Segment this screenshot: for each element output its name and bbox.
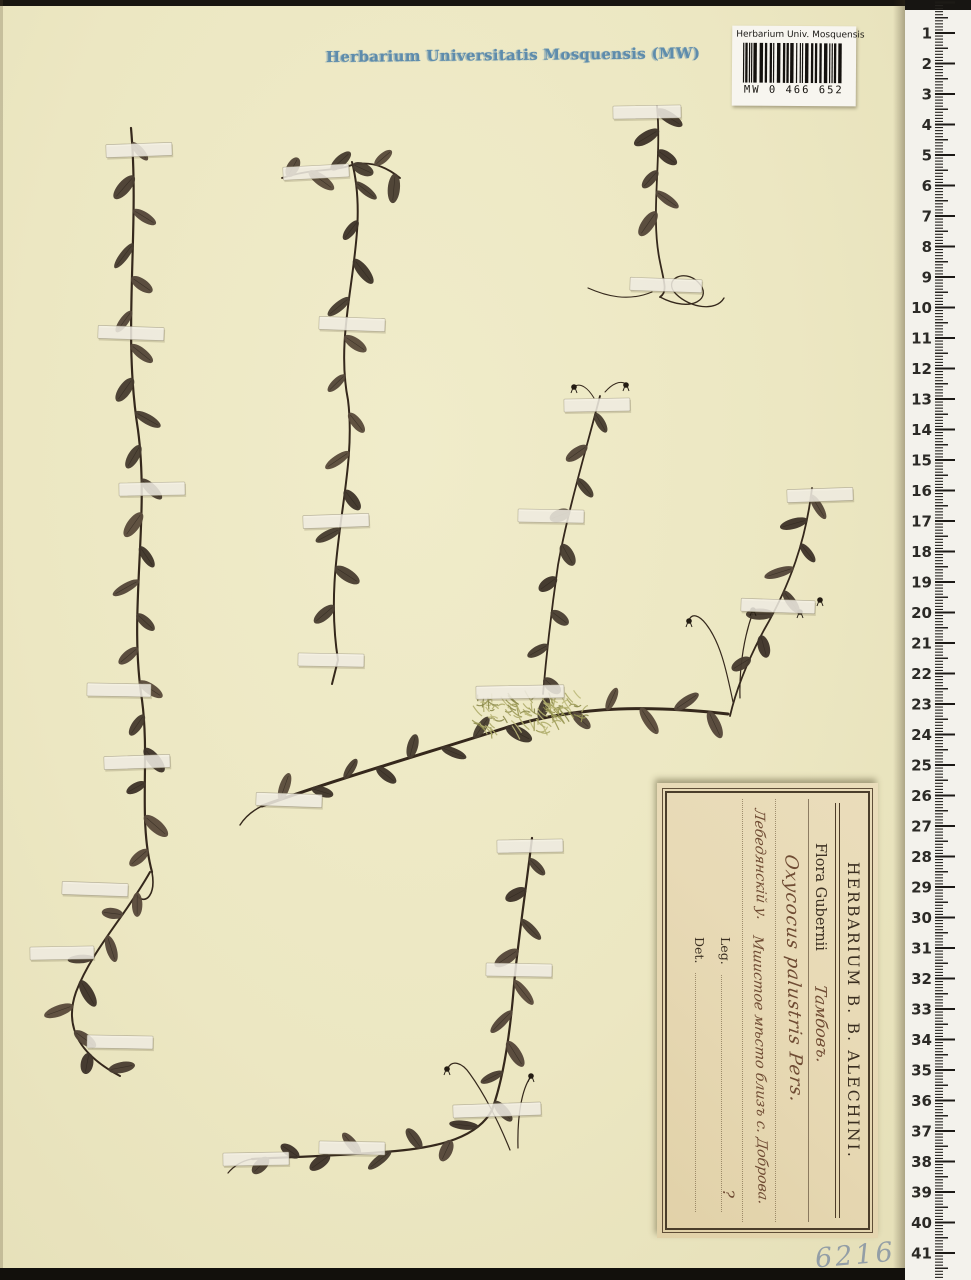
- ruler-number: 25: [911, 757, 932, 775]
- tape-strip: [787, 487, 854, 504]
- ruler-number: 6: [922, 177, 932, 195]
- leaf: [111, 576, 142, 599]
- tape-strip: [518, 509, 585, 525]
- flower-head: [528, 1073, 534, 1082]
- flower-head: [571, 384, 577, 393]
- label-divider: [835, 803, 840, 1218]
- ruler-number: 4: [922, 116, 932, 134]
- ruler-number: 27: [911, 818, 932, 836]
- barcode-institution-text: Herbarium Univ. Mosquensis: [736, 30, 852, 41]
- leaf: [132, 892, 142, 916]
- ruler-number: 13: [911, 391, 932, 409]
- ruler-number: 38: [911, 1153, 932, 1171]
- tape-strip: [319, 316, 386, 333]
- det-dotted-line: [695, 973, 696, 1212]
- leaf: [591, 411, 610, 435]
- tape-strip: [613, 105, 682, 121]
- tape-strip: [104, 754, 171, 771]
- label-species-row: Oxycocus palustris Pers.: [775, 799, 808, 1222]
- ruler-number: 33: [911, 1001, 932, 1019]
- barcode-number: MW 0 466 652: [736, 84, 852, 97]
- ruler-number: 34: [911, 1031, 932, 1049]
- label-det-row: Det.: [690, 799, 716, 1222]
- ruler-number: 7: [922, 208, 932, 226]
- tape-strip: [486, 963, 553, 979]
- ruler-number: 39: [911, 1184, 932, 1202]
- ruler-number: 41: [911, 1245, 932, 1263]
- tape-strip: [476, 685, 565, 702]
- ruler-number: 28: [911, 848, 932, 866]
- ruler-number: 31: [911, 940, 932, 958]
- leaf: [75, 977, 100, 1009]
- flower-head: [686, 618, 692, 627]
- plant-stem: [543, 396, 600, 694]
- ruler-number: 11: [911, 330, 932, 348]
- plant-stem: [240, 806, 262, 825]
- ruler-number: 9: [922, 269, 932, 287]
- species-name-handwritten: Oxycocus palustris Pers.: [780, 853, 806, 1105]
- measurement-ruler: 1234567891011121314151617181920212223242…: [905, 0, 971, 1280]
- ruler-number: 10: [911, 299, 932, 317]
- ruler-number: 20: [911, 604, 932, 622]
- leaf: [79, 1052, 95, 1075]
- tape-strip: [87, 683, 152, 699]
- ruler-number: 16: [911, 482, 932, 500]
- tape-strip: [87, 1035, 154, 1051]
- ruler-number: 18: [911, 543, 932, 561]
- leaf: [120, 509, 147, 540]
- label-title: HERBARIUM B. B. ALECHINI.: [844, 799, 866, 1222]
- ruler-number: 32: [911, 970, 932, 988]
- ruler-number: 2: [922, 55, 932, 73]
- flower-head: [623, 382, 629, 391]
- locality-place-handwritten: Мшистое мѣсто близъ с. Доброва.: [749, 934, 771, 1206]
- tape-strip: [62, 881, 129, 898]
- leaf: [340, 218, 362, 243]
- ruler-number: 22: [911, 665, 932, 683]
- leaf: [653, 188, 681, 212]
- plant-stem: [575, 385, 594, 398]
- tape-strip: [98, 325, 165, 342]
- leaf: [634, 208, 661, 239]
- leg-label: Leg.: [718, 937, 733, 965]
- ruler-number: 19: [911, 574, 932, 592]
- ruler-number: 40: [911, 1214, 932, 1232]
- tape-strip: [223, 1152, 290, 1168]
- label-content: HERBARIUM B. B. ALECHINI. Flora Gubernii…: [669, 799, 866, 1222]
- tape-strip: [319, 1141, 386, 1157]
- ruler-number: 17: [911, 513, 932, 531]
- barcode-label: Herbarium Univ. Mosquensis MW 0 466 652: [732, 26, 857, 107]
- tape-strip: [298, 653, 365, 669]
- ruler-number: 35: [911, 1062, 932, 1080]
- tape-strip: [303, 513, 370, 530]
- leaf: [797, 541, 818, 564]
- leaf: [755, 634, 772, 659]
- flower-head: [817, 597, 823, 606]
- ruler-number: 8: [922, 238, 932, 256]
- label-series-row: Flora GuberniiТамбовъ.: [808, 799, 835, 1222]
- ruler-number: 24: [911, 726, 932, 744]
- flower-head: [444, 1066, 450, 1075]
- leaf: [574, 476, 597, 500]
- specimen-label: HERBARIUM B. B. ALECHINI. Flora Gubernii…: [657, 783, 878, 1238]
- tape-strip: [30, 946, 95, 962]
- leaf: [518, 916, 544, 942]
- tape-strip: [741, 598, 816, 616]
- ruler-number: 21: [911, 635, 932, 653]
- leaf: [440, 743, 468, 762]
- leaf: [436, 1138, 457, 1164]
- ruler-number: 1: [922, 25, 932, 43]
- ruler-number: 29: [911, 879, 932, 897]
- tape-strip: [564, 398, 631, 414]
- tape-strip: [497, 839, 564, 855]
- leaf: [42, 1000, 75, 1021]
- leaf: [130, 206, 158, 229]
- ruler-scale: 1234567891011121314151617181920212223242…: [905, 0, 971, 1280]
- leaf: [372, 147, 395, 169]
- label-locality-row: Лебедянскій у.Мшистое мѣсто близъ с. Доб…: [742, 799, 775, 1222]
- ruler-number: 37: [911, 1123, 932, 1141]
- ruler-number: 36: [911, 1092, 932, 1110]
- tape-strip: [283, 164, 351, 182]
- tape-strip: [119, 482, 186, 498]
- barcode-icon: [740, 43, 848, 84]
- ruler-number: 3: [922, 86, 932, 104]
- ruler-number: 14: [911, 421, 932, 439]
- series-value-handwritten: Тамбовъ.: [811, 983, 832, 1064]
- ruler-number: 12: [911, 360, 932, 378]
- ruler-number: 30: [911, 909, 932, 927]
- series-label: Flora Gubernii: [812, 843, 828, 951]
- ruler-number: 23: [911, 696, 932, 714]
- tape-strip: [106, 142, 173, 159]
- tape-strip: [453, 1102, 542, 1120]
- query-mark-handwritten: ?: [719, 1189, 738, 1198]
- tape-strip: [630, 277, 703, 295]
- leg-dotted-line: [721, 975, 722, 1212]
- herbarium-scan: Herbarium Universitatis Mosquensis (MW) …: [0, 0, 971, 1280]
- tape-strip: [256, 792, 323, 809]
- ruler-number: 5: [922, 147, 932, 165]
- locality-district-handwritten: Лебедянскій у.: [751, 808, 769, 922]
- leaf: [108, 1060, 136, 1076]
- leaf: [729, 653, 754, 674]
- ruler-number: 15: [911, 452, 932, 470]
- label-leg-row: Leg.: [716, 799, 742, 1222]
- plant-stem: [689, 616, 733, 702]
- specimen-label-wrapper: HERBARIUM B. B. ALECHINI. Flora Gubernii…: [657, 783, 878, 1238]
- det-label: Det.: [692, 937, 707, 963]
- ruler-number: 26: [911, 787, 932, 805]
